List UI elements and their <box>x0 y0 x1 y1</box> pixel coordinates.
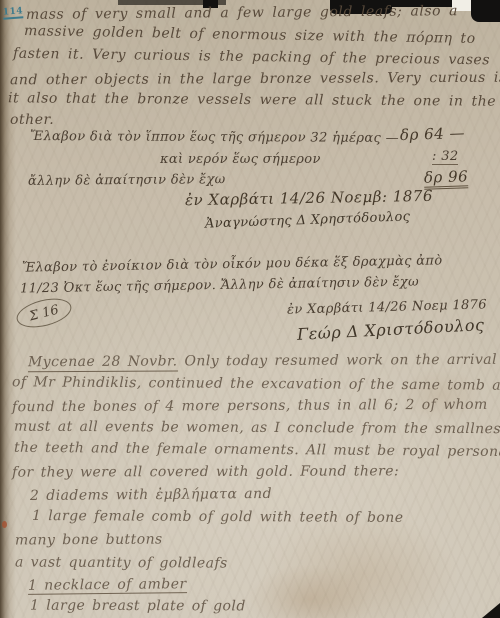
diary-line: Only today resumed work on the arrival <box>184 352 497 370</box>
find-item: a vast quantity of goldleafs <box>15 555 228 570</box>
margin-mark: Σ 16 <box>14 294 75 333</box>
find-item: many bone buttons <box>15 532 163 547</box>
red-ink-spot <box>2 521 7 528</box>
scan-edge-top-right <box>471 0 500 22</box>
diary-line: must at all events be women, as I conclu… <box>14 420 500 437</box>
paragraph-line: mass of very small and a few large gold … <box>26 4 458 22</box>
receipt-horse-amount: : 32 <box>432 150 458 165</box>
receipt-horse-line: ἄλλην δὲ ἀπαίτησιν δὲν ἔχω <box>28 173 226 188</box>
receipt-rent-line: 11/23 Ὀκτ ἕως τῆς σήμερον. Ἄλλην δὲ ἀπαί… <box>20 276 419 296</box>
paragraph-line: fasten it. Very curious is the packing o… <box>13 47 490 68</box>
receipt-horse-amount: δρ 64 — <box>400 126 465 143</box>
diary-line: found the bones of 4 more persons, thus … <box>12 398 488 414</box>
receipt-horse-line: καὶ νερόν ἕως σήμερον <box>160 153 321 166</box>
find-item: 1 large female comb of gold with teeth o… <box>32 509 404 525</box>
diary-line: the teeth and the female ornaments. All … <box>14 441 500 460</box>
receipt-rent-line: Ἔλαβον τὸ ἐνοίκιον διὰ τὸν οἶκόν μου δέκ… <box>22 254 443 274</box>
diary-line: of Mr Phindiklis, continued the excavati… <box>12 375 500 392</box>
receipt-rent-place-date: ἐν Χαρβάτι 14/26 Νοεμ 1876 <box>287 298 487 316</box>
receipt-rent-signature: Γεώρ Δ Χριστόδουλος <box>297 317 485 343</box>
find-item: 2 diadems with ἐμβλήματα and <box>30 487 272 503</box>
diary-date-heading: Mycenae 28 Novbr. <box>28 353 178 372</box>
page-number: 114 <box>3 7 24 19</box>
manuscript-page: 114 mass of very small and a few large g… <box>0 0 500 618</box>
paragraph-line: other. <box>10 113 54 127</box>
find-item: 1 large breast plate of gold <box>30 599 246 614</box>
receipt-horse-place-date: ἐν Χαρβάτι 14/26 Νοεμβ: 1876 <box>185 189 433 208</box>
margin-mark-label: Σ 16 <box>28 302 61 324</box>
scan-edge-bottom-right <box>482 603 500 618</box>
paragraph-line: and other objects in the large bronze ve… <box>10 71 500 88</box>
find-item: 1 necklace of amber <box>28 577 187 595</box>
receipt-horse-line: Ἔλαβον διὰ τὸν ἵππον ἕως τῆς σήμερον 32 … <box>30 130 399 145</box>
paragraph-line: it also that the bronze vessels were all… <box>8 91 496 108</box>
diary-line: for they were all covered with gold. Fou… <box>12 464 399 479</box>
diary-heading-line: Mycenae 28 Novbr. Only today resumed wor… <box>28 353 497 369</box>
paragraph-line: massive golden belt of enormous size wit… <box>24 24 476 46</box>
receipt-horse-signature: Ἀναγνώστης Δ Χρηστόδουλος <box>205 210 411 230</box>
